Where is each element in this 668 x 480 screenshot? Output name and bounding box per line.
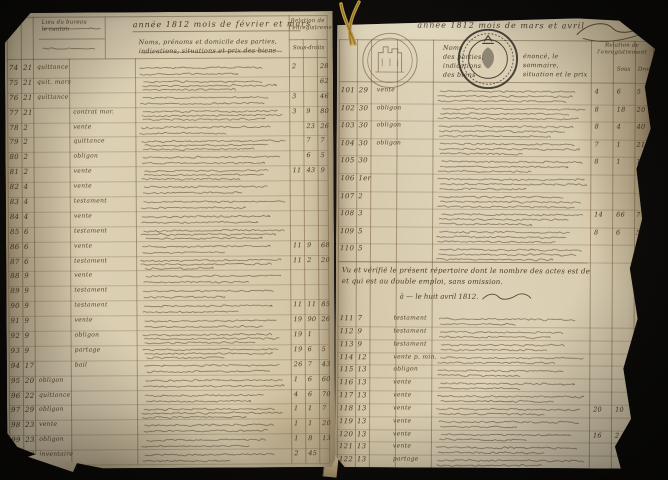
act-type: vente — [393, 430, 411, 438]
act-type: quittance — [73, 138, 105, 146]
act-type: testament — [74, 257, 107, 265]
act-type: quittance — [37, 64, 69, 72]
entry-row: 10430obligon7121 — [336, 138, 662, 157]
entries-area: 10129vente46510230obligon8182010330oblig… — [337, 15, 663, 17]
act-day: 5 — [358, 227, 363, 235]
fee-value: 8 — [308, 434, 312, 442]
act-number: 102 — [341, 104, 355, 112]
act-day: 4 — [24, 198, 29, 206]
fee-value: 5 — [320, 151, 324, 159]
act-day: 2 — [23, 153, 28, 161]
page-left: Lieu du bureau le canton année 1812 mois… — [5, 11, 336, 469]
act-type: vente — [393, 404, 411, 412]
act-type: vente p. min. — [393, 353, 437, 361]
fee-value: 20 — [637, 105, 646, 113]
act-number: 98 — [11, 421, 21, 429]
act-number: 91 — [10, 317, 20, 325]
corner-note-line: le canton — [42, 26, 102, 33]
act-day: 21 — [23, 94, 33, 102]
summary-header: énoncé, le sommaire, situation et le pri… — [523, 52, 593, 79]
fee-value: 6 — [306, 151, 310, 159]
fee-value: 45 — [308, 449, 317, 457]
entry-row: 1061er — [336, 173, 662, 192]
fee-value: 18 — [617, 105, 626, 113]
act-type: testament — [393, 340, 426, 348]
fee-value: 60 — [322, 375, 331, 383]
fee-value: 2 — [615, 431, 619, 439]
act-number: 83 — [10, 198, 20, 206]
fee-value: 66 — [616, 211, 625, 219]
fee-value: 26 — [294, 360, 303, 368]
fee-value: 4 — [294, 390, 298, 398]
act-day: 6 — [24, 257, 29, 265]
fee-value: 6 — [616, 228, 620, 236]
act-number: 112 — [340, 327, 354, 335]
table-grid — [5, 11, 333, 13]
act-day: 2 — [358, 192, 363, 200]
fee-value: 7 — [320, 136, 324, 144]
act-number: 97 — [11, 406, 21, 414]
fee-value: 46 — [320, 92, 329, 100]
act-day: 13 — [357, 366, 367, 374]
signature-flourish — [573, 18, 655, 44]
act-number: 120 — [339, 430, 353, 438]
fee-value: 16 — [593, 431, 602, 439]
entry-row: 10330obligon8440 — [337, 120, 663, 139]
act-number: 80 — [9, 153, 19, 161]
fee-value: 7 — [322, 404, 326, 412]
act-day: 9 — [24, 272, 29, 280]
fee-value: 7 — [594, 140, 598, 148]
act-day: 13 — [357, 378, 367, 386]
act-day: 6 — [24, 243, 29, 251]
act-number: 109 — [340, 227, 354, 235]
act-number: 96 — [11, 391, 21, 399]
act-type: testament — [394, 314, 427, 322]
entry-row: 105308110 — [336, 156, 662, 175]
act-type: obligon — [39, 376, 64, 384]
act-day: 13 — [357, 443, 367, 451]
act-type: vente — [73, 123, 91, 131]
act-type: obligon — [393, 366, 418, 374]
fee-value: 1 — [294, 420, 298, 428]
act-day: 2 — [23, 138, 28, 146]
act-number: 103 — [341, 121, 355, 129]
act-type: vente — [393, 417, 411, 425]
act-number: 90 — [10, 302, 20, 310]
act-number: 87 — [10, 257, 20, 265]
fee-value: 8 — [595, 105, 599, 113]
fee-value: 2 — [292, 62, 296, 70]
duty-header-droits: Droits — [638, 67, 655, 73]
fee-value: 80 — [320, 107, 329, 115]
act-type: vente — [74, 242, 92, 250]
act-day: 23 — [25, 421, 35, 429]
act-type: vente — [39, 421, 57, 429]
fee-value: 8 — [594, 228, 598, 236]
fee-value: 5 — [322, 345, 326, 353]
act-number: 107 — [340, 192, 354, 200]
act-type: vente — [74, 168, 92, 176]
fee-value: 1 — [308, 405, 312, 413]
act-number: 121 — [339, 442, 353, 450]
fee-value: 62 — [320, 77, 329, 85]
act-number: 119 — [339, 417, 353, 425]
act-day: 5 — [358, 245, 363, 253]
act-day: 9 — [24, 302, 29, 310]
act-type: obligon — [377, 122, 402, 130]
act-number: 104 — [340, 139, 354, 147]
act-type: vente — [74, 183, 92, 191]
fee-value: 7 — [308, 360, 312, 368]
registration-header-line: l'enregistrement — [289, 25, 327, 32]
summary-header-line: situation et le prix — [523, 70, 593, 79]
fee-value: 20 — [322, 419, 331, 427]
act-type: quittance — [39, 391, 71, 399]
act-day: 2 — [24, 168, 29, 176]
fee-value: 6 — [308, 390, 312, 398]
fee-value: 2 — [294, 449, 298, 457]
act-number: 78 — [9, 123, 19, 131]
fee-value: 11 — [307, 300, 316, 308]
fee-value: 9 — [321, 166, 325, 174]
act-type: obligon — [39, 406, 64, 414]
fee-value: 10 — [615, 405, 624, 413]
fee-value: 20 — [321, 256, 330, 264]
grid-line — [7, 15, 327, 18]
act-number: 81 — [10, 168, 20, 176]
act-number: 100 — [11, 451, 25, 459]
entry-row: 1083146677 — [336, 208, 662, 227]
act-day: 3 — [358, 209, 363, 217]
act-number: 76 — [9, 94, 19, 102]
act-number: 79 — [9, 138, 19, 146]
act-number: 88 — [10, 272, 20, 280]
fee-value: 90 — [307, 315, 316, 323]
act-type: testament — [74, 302, 107, 310]
binding-cord-icon — [330, 0, 372, 48]
act-number: 118 — [339, 404, 353, 412]
act-day: 30 — [358, 157, 368, 165]
act-day: 9 — [25, 347, 30, 355]
act-number: 82 — [10, 183, 20, 191]
grid-line — [105, 16, 106, 58]
table-grid — [337, 15, 663, 17]
act-number: 106 — [340, 174, 354, 182]
fee-value: 21 — [636, 141, 645, 149]
attestation-line: et qui est au double emploi, sans omissi… — [342, 276, 642, 289]
fee-value: 5 — [636, 229, 640, 237]
fee-value: 1 — [616, 140, 620, 148]
fee-value: 11 — [293, 256, 302, 264]
act-type: testament — [74, 197, 107, 205]
fee-value: 19 — [294, 345, 303, 353]
fee-value: 26 — [320, 122, 329, 130]
act-number: 89 — [10, 287, 20, 295]
act-type: vente — [393, 443, 411, 451]
act-number: 74 — [9, 64, 19, 72]
act-day: 21 — [23, 64, 33, 72]
fee-value: 8 — [595, 123, 599, 131]
entry-row: 1105 — [336, 244, 662, 263]
registration-header-line: l'enregistrement — [593, 49, 651, 56]
act-type: vente — [74, 317, 92, 325]
act-day: 30 — [358, 139, 368, 147]
fee-value: 3 — [292, 107, 296, 115]
act-type: bail — [75, 361, 88, 369]
fee-value: 43 — [322, 360, 331, 368]
act-day: 20 — [25, 376, 35, 384]
fee-value: 7 — [306, 137, 310, 145]
fee-value: 11 — [293, 166, 302, 174]
fee-value: 9 — [307, 241, 311, 249]
act-number: 116 — [339, 378, 353, 386]
act-number: 110 — [340, 245, 354, 253]
act-day: 6 — [24, 228, 29, 236]
fee-value: 8 — [594, 158, 598, 166]
act-type: quit. mars — [37, 78, 71, 86]
act-day: 30 — [359, 104, 369, 112]
page-right: année 1812 mois de mars et avril Noms de… — [335, 15, 663, 469]
year-heading: année 1812 mois de février et mars — [133, 19, 301, 32]
act-number: 86 — [10, 243, 20, 251]
act-day: 7 — [358, 314, 363, 322]
fee-value: 6 — [308, 375, 312, 383]
act-type: testament — [74, 287, 107, 295]
official-stamp-icon — [455, 26, 521, 92]
act-day: 13 — [357, 430, 367, 438]
act-day: 9 — [24, 317, 29, 325]
act-day: 17 — [25, 362, 35, 370]
fee-value: 9 — [306, 107, 310, 115]
act-number: 114 — [339, 353, 353, 361]
act-number: 93 — [11, 347, 21, 355]
fee-value: 14 — [594, 211, 603, 219]
act-type: vente — [393, 379, 411, 387]
act-day: 13 — [357, 417, 367, 425]
act-day: 29 — [25, 406, 35, 414]
entry-row: 1095865 — [336, 226, 662, 245]
fee-value: 1 — [294, 434, 298, 442]
duty-header-sous: Sous — [617, 67, 630, 73]
act-number: 122 — [339, 455, 353, 463]
fee-value: 19 — [294, 330, 303, 338]
duty-header: Sous-droits — [293, 45, 325, 51]
act-type: partage — [393, 456, 419, 464]
act-number: 111 — [340, 314, 354, 322]
act-type: obligon — [376, 139, 401, 147]
act-day: 21 — [23, 79, 33, 87]
act-number: 92 — [11, 332, 21, 340]
fee-value: 11 — [293, 241, 302, 249]
act-day: 13 — [357, 404, 367, 412]
grid-line — [289, 39, 327, 40]
fee-value: 1 — [308, 330, 312, 338]
act-type: quittance — [37, 93, 69, 101]
act-number: 113 — [339, 340, 353, 348]
fee-value: 5 — [637, 88, 641, 96]
act-number: 94 — [11, 362, 21, 370]
act-day: 9 — [24, 287, 29, 295]
fee-value: 10 — [636, 158, 645, 166]
act-day: 13 — [357, 391, 367, 399]
act-type: partage — [75, 346, 101, 354]
act-type: obligon — [73, 153, 98, 161]
signature-flourish — [481, 291, 533, 303]
attestation: Vu et vérifié le présent répertoire dont… — [342, 265, 642, 304]
entry-row: 1072 — [336, 191, 662, 210]
entries-area: 1117testament1129testament1139testament1… — [337, 15, 663, 17]
act-type: vente — [74, 272, 92, 280]
column-header: Noms, prénoms et domicile des parties, i… — [139, 37, 291, 56]
fee-value: 1 — [294, 405, 298, 413]
attestation-date: à — le huit avril 1812. — [342, 290, 642, 304]
fee-value: 6 — [617, 88, 621, 96]
fee-value: 3 — [292, 92, 296, 100]
act-type: obligon — [377, 104, 402, 112]
act-day: 9 — [25, 332, 30, 340]
act-number: 84 — [10, 213, 20, 221]
act-day: 1er — [358, 174, 371, 182]
fee-value: 6 — [308, 345, 312, 353]
fee-value: 28 — [320, 62, 329, 70]
fee-value: 13 — [322, 434, 331, 442]
act-day: 21 — [23, 108, 33, 116]
fee-value: 40 — [637, 123, 646, 131]
act-day: 2 — [23, 123, 28, 131]
entry-row: 10230obligon81820 — [337, 103, 663, 122]
act-number: 77 — [9, 109, 19, 117]
summary-header-line: énoncé, le sommaire, — [523, 52, 593, 70]
act-number: 115 — [339, 365, 353, 373]
column-header-line: indications, situations et prix des bien… — [139, 46, 291, 56]
act-number: 117 — [339, 391, 353, 399]
fee-value: 70 — [322, 390, 331, 398]
act-type: contrat mar. — [73, 108, 114, 116]
fee-value: 1 — [616, 158, 620, 166]
grid-line — [652, 41, 654, 307]
row-separator — [337, 467, 635, 470]
act-type: obligon — [39, 436, 64, 444]
act-number: 75 — [9, 79, 19, 87]
fee-value: 1 — [308, 419, 312, 427]
act-day: 23 — [25, 436, 35, 444]
act-day: 12 — [357, 353, 367, 361]
attestation-date-text: à — le huit avril 1812. — [400, 292, 479, 300]
act-number: 99 — [11, 436, 21, 444]
fee-value: 77 — [636, 211, 645, 219]
registration-header: Relation de l'enregistrement — [289, 18, 327, 32]
act-day: 4 — [24, 183, 29, 191]
fee-value: 26 — [321, 315, 330, 323]
fee-value: 20 — [593, 405, 602, 413]
act-type: obligon — [75, 331, 100, 339]
fee-value: 43 — [307, 166, 316, 174]
act-day: 9 — [357, 340, 362, 348]
photographed-register: Lieu du bureau le canton année 1812 mois… — [0, 0, 668, 480]
fee-value: 4 — [617, 123, 621, 131]
act-number: 108 — [340, 209, 354, 217]
entries-area: 7421quittance2287521quit. mars627621quit… — [5, 11, 333, 13]
act-day: 22 — [25, 391, 35, 399]
act-type: testament — [74, 227, 107, 235]
fee-value: 85 — [321, 300, 330, 308]
act-number: 85 — [10, 228, 20, 236]
act-number: 101 — [341, 86, 355, 94]
fee-value: 11 — [293, 300, 302, 308]
fee-value: 19 — [293, 315, 302, 323]
fee-value: 4 — [595, 87, 599, 95]
act-type: vente — [74, 212, 92, 220]
act-day: 4 — [24, 213, 29, 221]
act-type: testament — [394, 327, 427, 335]
act-day: 13 — [357, 455, 367, 463]
act-number: 105 — [340, 157, 354, 165]
act-day: 30 — [359, 121, 369, 129]
fee-value: 2 — [307, 256, 311, 264]
fee-value: 68 — [321, 241, 330, 249]
act-day: 9 — [358, 327, 363, 335]
act-number: 95 — [11, 377, 21, 385]
act-type: vente — [393, 391, 411, 399]
fee-value: 1 — [294, 375, 298, 383]
fee-value: 23 — [306, 122, 315, 130]
